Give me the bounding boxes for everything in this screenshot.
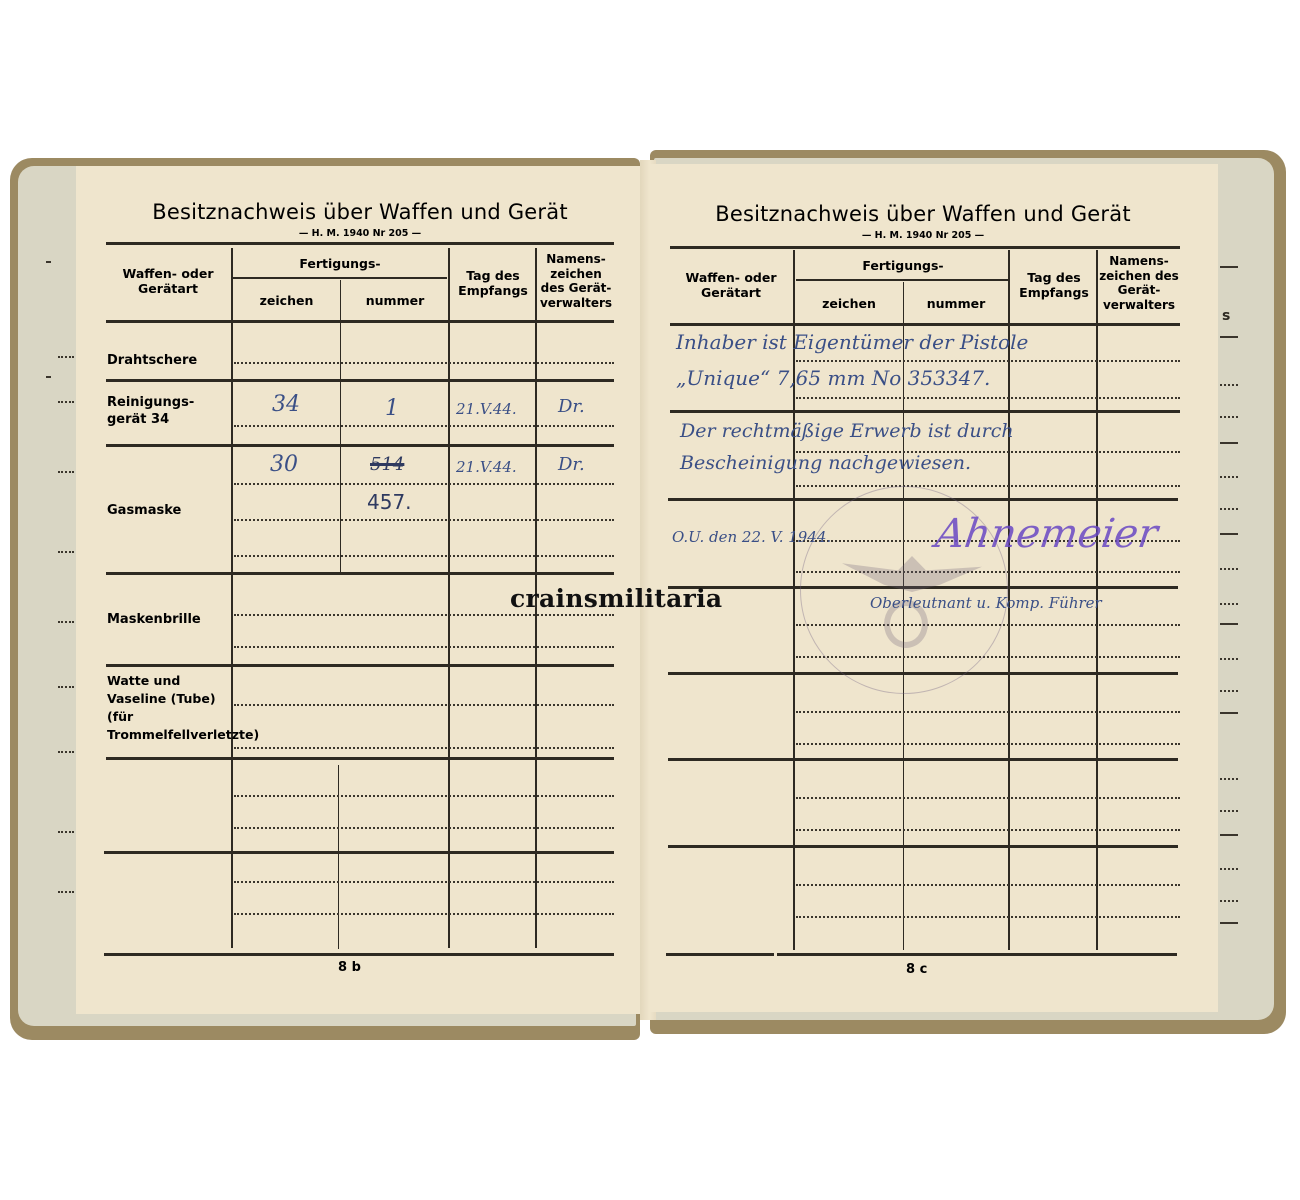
dotted-rule	[796, 884, 1180, 886]
rule	[668, 845, 1178, 848]
rule	[668, 758, 1178, 761]
header-namens: Namens- zeichen des Gerät- verwalters	[1098, 254, 1180, 312]
handwriting-line-2: „Unique“ 7,65 mm No 353347.	[676, 366, 990, 390]
rule	[666, 953, 774, 956]
dotted-rule	[796, 916, 1180, 918]
rule	[793, 250, 795, 950]
rule	[670, 323, 1180, 326]
right-page-title: Besitznachweis über Waffen und Gerät	[668, 202, 1178, 226]
dotted-rule	[796, 360, 1180, 362]
place-date: O.U. den 22. V. 1944.	[672, 528, 831, 546]
handwriting-line-3: Der rechtmäßige Erwerb ist durch	[680, 420, 1014, 442]
rule	[796, 279, 1010, 281]
dotted-rule	[796, 711, 1180, 713]
rule	[670, 246, 1180, 249]
handwriting-line-4: Bescheinigung nachgewiesen.	[680, 452, 971, 474]
dotted-rule	[796, 397, 1180, 399]
signature: Ahnemeier	[930, 492, 1122, 576]
dotted-rule	[796, 829, 1180, 831]
header-zeichen: zeichen	[796, 296, 902, 311]
rule	[670, 410, 1180, 413]
header-tag: Tag des Empfangs	[1012, 270, 1096, 300]
dotted-rule	[796, 485, 1180, 487]
watermark: crainsmilitaria	[510, 584, 722, 613]
right-page-number: 8 c	[906, 962, 927, 977]
header-fertigungs: Fertigungs-	[796, 258, 1010, 273]
handwriting-line-1: Inhaber ist Eigentümer der Pistole	[676, 330, 1028, 354]
dotted-rule	[796, 743, 1180, 745]
header-nummer: nummer	[905, 296, 1007, 311]
header-type: Waffen- oder Gerätart	[672, 270, 790, 300]
right-page-subtitle: — H. M. 1940 Nr 205 —	[668, 230, 1178, 241]
rule	[777, 953, 1177, 956]
dotted-rule	[796, 797, 1180, 799]
rank-title: Oberleutnant u. Komp. Führer	[870, 594, 1102, 612]
